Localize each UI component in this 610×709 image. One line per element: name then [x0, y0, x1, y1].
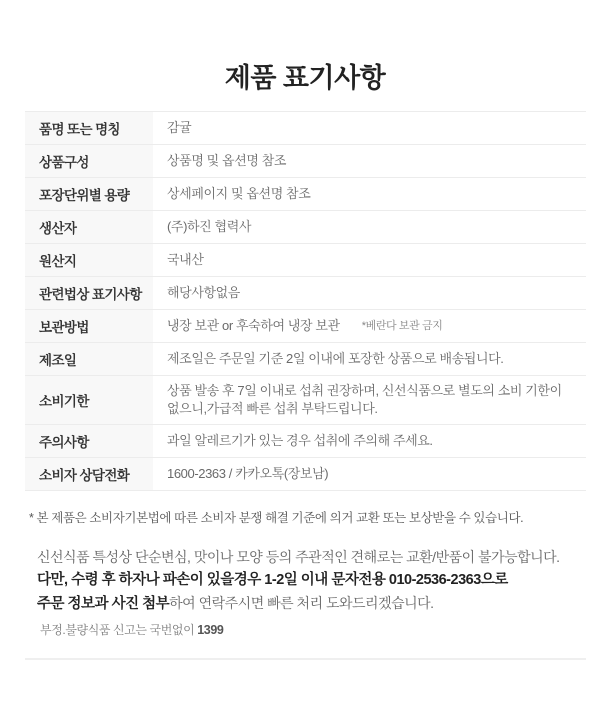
table-row-consume-by: 소비기한 상품 발송 후 7일 이내로 섭취 권장하며, 신선식품으로 별도의 … — [25, 376, 586, 425]
food-report-text: 부정.불량식품 신고는 국번없이 — [40, 623, 197, 637]
row-label: 소비자 상담전화 — [25, 458, 153, 490]
table-row-package-capacity: 포장단위별 용량 상세페이지 및 옵션명 참조 — [25, 178, 586, 211]
product-spec-table: 품명 또는 명칭 감귤 상품구성 상품명 및 옵션명 참조 포장단위별 용량 상… — [25, 111, 586, 491]
table-row-storage-method: 보관방법 냉장 보관 or 후숙하여 냉장 보관 *베란다 보관 금지 — [25, 310, 586, 343]
consumer-law-note: * 본 제품은 소비자기본법에 따른 소비자 분쟁 해결 기준에 의거 교환 또… — [29, 508, 590, 526]
row-label: 품명 또는 명칭 — [25, 112, 153, 144]
row-label: 원산지 — [25, 244, 153, 276]
exchange-policy-line3: 주문 정보과 사진 첨부하여 연락주시면 빠른 처리 도와드리겠습니다. — [37, 592, 590, 616]
table-row-origin: 원산지 국내산 — [25, 244, 586, 277]
row-label: 주의사항 — [25, 425, 153, 457]
row-value: 제조일은 주문일 기준 2일 이내에 포장한 상품으로 배송됩니다. — [153, 343, 586, 375]
row-label: 보관방법 — [25, 310, 153, 342]
row-value: 상세페이지 및 옵션명 참조 — [153, 178, 586, 210]
row-label: 소비기한 — [25, 376, 153, 424]
exchange-policy-line3-bold: 주문 정보과 사진 첨부 — [37, 596, 169, 612]
table-row-producer: 생산자 (주)하진 협력사 — [25, 211, 586, 244]
row-value: 과일 알레르기가 있는 경우 섭취에 주의해 주세요. — [153, 425, 586, 457]
table-row-product-name: 품명 또는 명칭 감귤 — [25, 112, 586, 145]
row-value: 감귤 — [153, 112, 586, 144]
storage-warning-note: *베란다 보관 금지 — [362, 317, 443, 335]
food-report-line: 부정.불량식품 신고는 국번없이 1399 — [40, 621, 590, 638]
exchange-policy-block: 신선식품 특성상 단순변심, 맛이나 모양 등의 주관적인 견해로는 교환/반품… — [37, 546, 590, 616]
row-value: 1600-2363 / 카카오톡(장보남) — [153, 458, 586, 490]
exchange-policy-line2: 다만, 수령 후 하자나 파손이 있을경우 1-2일 이내 문자전용 010-2… — [37, 569, 590, 592]
row-label: 관련법상 표기사항 — [25, 277, 153, 309]
row-value: 해당사항없음 — [153, 277, 586, 309]
table-row-precautions: 주의사항 과일 알레르기가 있는 경우 섭취에 주의해 주세요. — [25, 425, 586, 458]
row-label: 포장단위별 용량 — [25, 178, 153, 210]
row-value: 상품명 및 옵션명 참조 — [153, 145, 586, 177]
page-title: 제품 표기사항 — [0, 56, 610, 95]
exchange-policy-line3-rest: 하여 연락주시면 빠른 처리 도와드리겠습니다. — [169, 595, 433, 611]
row-label: 생산자 — [25, 211, 153, 243]
row-label: 제조일 — [25, 343, 153, 375]
table-row-composition: 상품구성 상품명 및 옵션명 참조 — [25, 145, 586, 178]
row-value: 상품 발송 후 7일 이내로 섭취 권장하며, 신선식품으로 별도의 소비 기한… — [153, 376, 586, 424]
exchange-policy-line1: 신선식품 특성상 단순변심, 맛이나 모양 등의 주관적인 견해로는 교환/반품… — [37, 546, 590, 569]
food-report-number: 1399 — [197, 623, 223, 637]
bottom-divider — [25, 658, 586, 660]
row-value: 냉장 보관 or 후숙하여 냉장 보관 *베란다 보관 금지 — [153, 310, 586, 342]
row-value: 국내산 — [153, 244, 586, 276]
table-row-legal-labeling: 관련법상 표기사항 해당사항없음 — [25, 277, 586, 310]
row-label: 상품구성 — [25, 145, 153, 177]
table-row-manufacture-date: 제조일 제조일은 주문일 기준 2일 이내에 포장한 상품으로 배송됩니다. — [25, 343, 586, 376]
row-value: (주)하진 협력사 — [153, 211, 586, 243]
table-row-consumer-hotline: 소비자 상담전화 1600-2363 / 카카오톡(장보남) — [25, 458, 586, 491]
